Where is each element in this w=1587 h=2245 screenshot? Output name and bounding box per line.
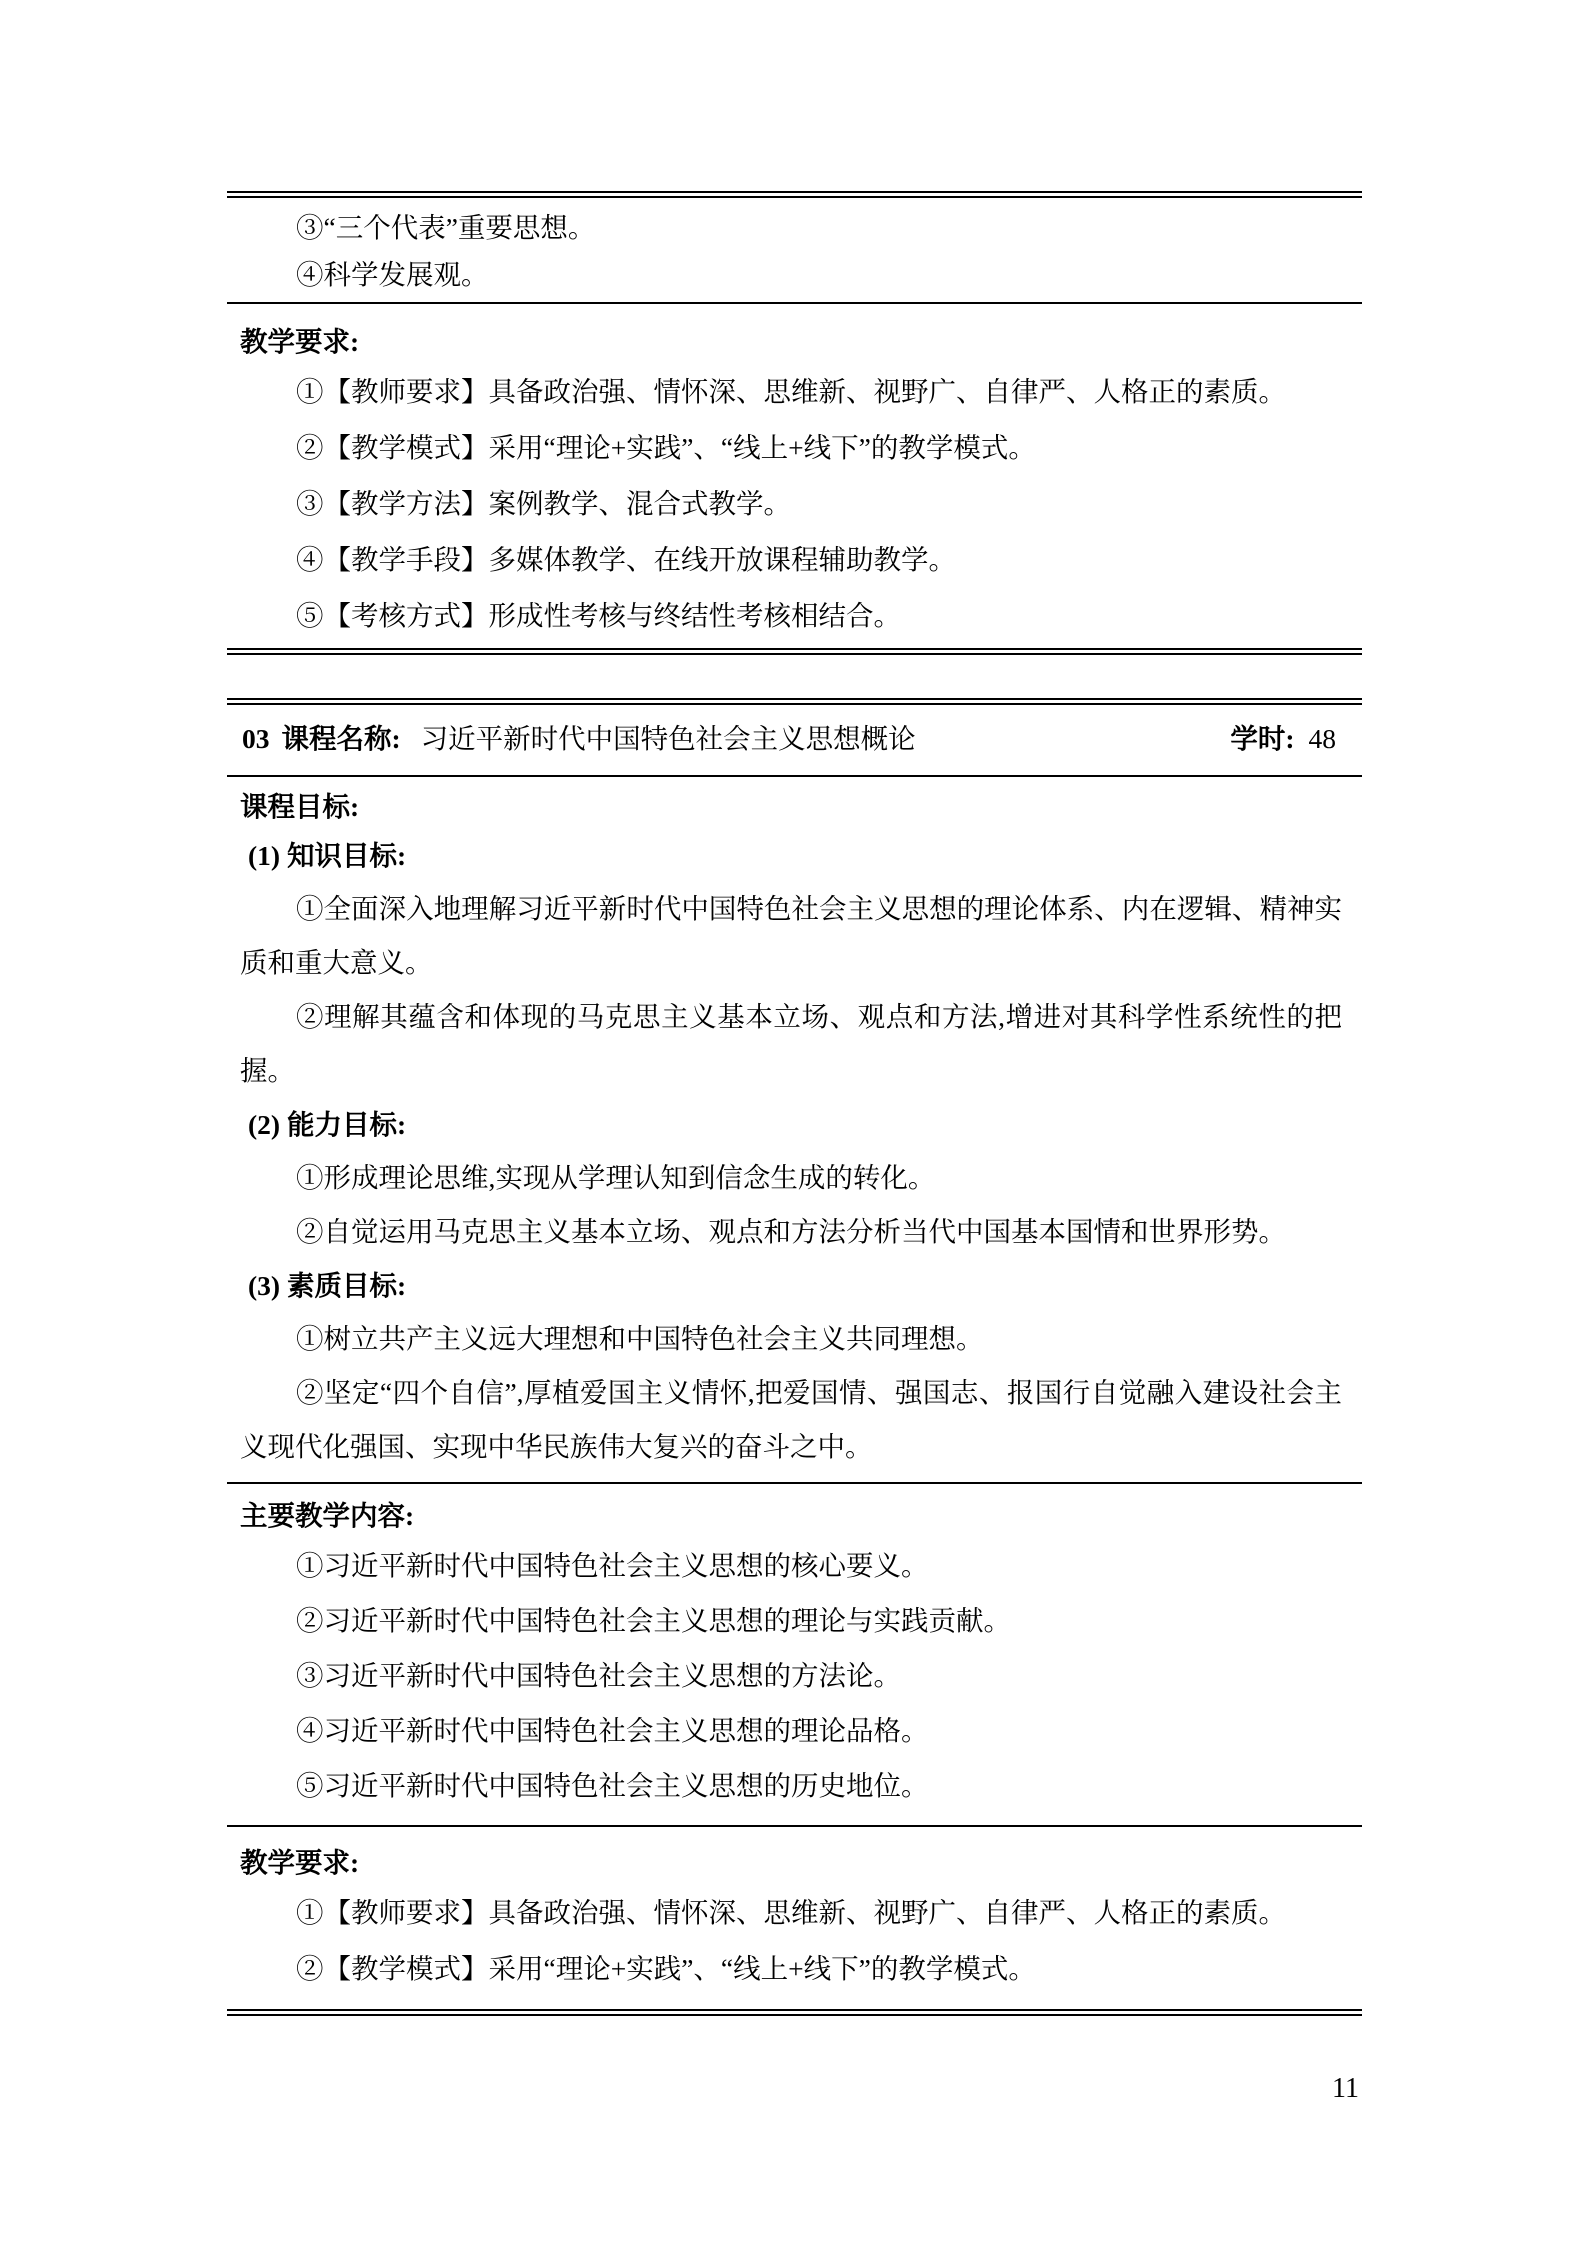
teaching-content-item: ⑤习近平新时代中国特色社会主义思想的历史地位。 bbox=[227, 1758, 1362, 1813]
prev-requirement-item: ③【教学方法】案例教学、混合式教学。 bbox=[227, 476, 1362, 532]
page-number: 11 bbox=[1332, 2072, 1359, 2106]
syllabus-table: ③“三个代表”重要思想。 ④科学发展观。 教学要求: ①【教师要求】具备政治强、… bbox=[227, 0, 1362, 2016]
prev-content-item: ③“三个代表”重要思想。 bbox=[227, 204, 1362, 251]
requirements-title: 教学要求: bbox=[227, 1841, 1362, 1885]
prev-requirement-item: ⑤【考核方式】形成性考核与终结性考核相结合。 bbox=[227, 588, 1362, 644]
objective-item: ①树立共产主义远大理想和中国特色社会主义共同理想。 bbox=[227, 1312, 1362, 1366]
prev-requirement-item: ②【教学模式】采用“理论+实践”、“线上+线下”的教学模式。 bbox=[227, 420, 1362, 476]
objective-item: ①形成理论思维,实现从学理认知到信念生成的转化。 bbox=[227, 1151, 1362, 1205]
table-border-single bbox=[227, 775, 1362, 777]
requirement-item: ①【教师要求】具备政治强、情怀深、思维新、视野广、自律严、人格正的素质。 bbox=[227, 1885, 1362, 1941]
teaching-content-item: ③习近平新时代中国特色社会主义思想的方法论。 bbox=[227, 1648, 1362, 1703]
objective-group-heading: (1) 知识目标: bbox=[227, 829, 1362, 882]
table-border-double-bottom bbox=[227, 648, 1362, 655]
table-border-double-bottom bbox=[227, 2009, 1362, 2016]
course-name-label: 课程名称: bbox=[282, 717, 401, 761]
table-border-single bbox=[227, 302, 1362, 304]
prev-requirement-item: ①【教师要求】具备政治强、情怀深、思维新、视野广、自律严、人格正的素质。 bbox=[227, 364, 1362, 420]
course-number: 03 bbox=[242, 717, 270, 761]
course-hours-label: 学时: bbox=[1230, 717, 1294, 761]
objective-item: ①全面深入地理解习近平新时代中国特色社会主义思想的理论体系、内在逻辑、精神实质和… bbox=[227, 882, 1362, 990]
objective-item: ②自觉运用马克思主义基本立场、观点和方法分析当代中国基本国情和世界形势。 bbox=[227, 1205, 1362, 1259]
course-title-row: 03 课程名称: 习近平新时代中国特色社会主义思想概论 学时: 48 bbox=[227, 717, 1362, 761]
prev-content-item: ④科学发展观。 bbox=[227, 251, 1362, 298]
prev-requirements-title: 教学要求: bbox=[227, 320, 1362, 364]
objective-group-heading: (3) 素质目标: bbox=[227, 1259, 1362, 1312]
table-border-double-top bbox=[227, 191, 1362, 198]
teaching-content-item: ④习近平新时代中国特色社会主义思想的理论品格。 bbox=[227, 1703, 1362, 1758]
objective-group-heading: (2) 能力目标: bbox=[227, 1098, 1362, 1151]
prev-requirement-item: ④【教学手段】多媒体教学、在线开放课程辅助教学。 bbox=[227, 532, 1362, 588]
teaching-content-item: ②习近平新时代中国特色社会主义思想的理论与实践贡献。 bbox=[227, 1593, 1362, 1648]
objective-item: ②坚定“四个自信”,厚植爱国主义情怀,把爱国情、强国志、报国行自觉融入建设社会主… bbox=[227, 1366, 1362, 1474]
objective-item: ②理解其蕴含和体现的马克思主义基本立场、观点和方法,增进对其科学性系统性的把握。 bbox=[227, 990, 1362, 1098]
requirement-item: ②【教学模式】采用“理论+实践”、“线上+线下”的教学模式。 bbox=[227, 1941, 1362, 1997]
document-page: ③“三个代表”重要思想。 ④科学发展观。 教学要求: ①【教师要求】具备政治强、… bbox=[0, 0, 1587, 2245]
table-border-single bbox=[227, 1482, 1362, 1484]
course-name: 习近平新时代中国特色社会主义思想概论 bbox=[421, 717, 916, 761]
course-hours-value: 48 bbox=[1309, 717, 1337, 761]
teaching-content-item: ①习近平新时代中国特色社会主义思想的核心要义。 bbox=[227, 1538, 1362, 1593]
table-border-double-top bbox=[227, 698, 1362, 705]
objectives-title: 课程目标: bbox=[227, 785, 1362, 829]
table-border-single bbox=[227, 1825, 1362, 1827]
teaching-content-title: 主要教学内容: bbox=[227, 1494, 1362, 1538]
